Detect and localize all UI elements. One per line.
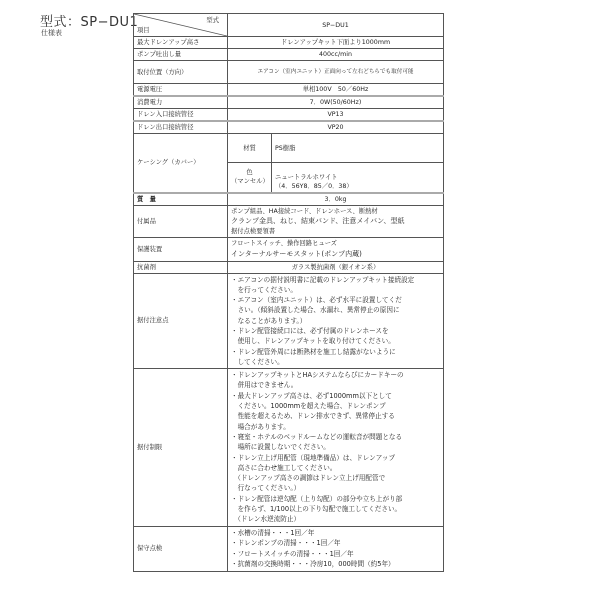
accessories-list: ポンプ組品、HA接続コード、ドレンホース、断熱材 クランプ金具、ねじ、結束バンド… — [228, 205, 444, 237]
install-notes-list: ・エアコンの据付説明書に記載のドレンアップキット接続設定 を行ってください。 ・… — [228, 273, 444, 369]
color-label: 色 — [231, 168, 268, 177]
list-item: クランプ金具、ねじ、結束バンド、注意メイバン、型紙 — [231, 216, 440, 227]
table-row: 抗菌剤 ガラス製抗菌剤（銀イオン系） — [134, 261, 444, 273]
list-item: 場所に設置しないでください。 — [231, 442, 440, 452]
table-row: 保守点検 ・水槽の清掃・・・1回／年 ・ドレンポンプの清掃・・・1回／年 ・フロ… — [134, 526, 444, 571]
color-sub-label: （マンセル） — [231, 177, 268, 186]
row-value: VP20 — [228, 121, 444, 134]
list-item: （ドレン水逆流防止） — [231, 514, 440, 524]
list-item: ・水槽の清掃・・・1回／年 — [231, 528, 440, 539]
list-item: 併用はできません。 — [231, 380, 440, 390]
list-item: さい。（傾斜設置した場合、水漏れ、異常停止の原因に — [231, 305, 440, 315]
color-value-munsell: （4．56Y8．85／0．38） — [275, 182, 440, 191]
row-label: 質 量 — [134, 193, 228, 206]
row-label: ポンプ吐出し量 — [134, 49, 228, 61]
list-item: 高さに合わせ施工してください。 — [231, 463, 440, 473]
table-row: 質 量 3．0kg — [134, 193, 444, 206]
row-label: 据付注意点 — [134, 273, 228, 369]
color-label-cell: 色 （マンセル） — [228, 163, 272, 193]
spec-table: 型式 項目 SP−DU1 最大ドレンアップ高さ ドレンアップキット下面より100… — [133, 13, 444, 572]
list-item: 性能を超えるため、ドレン排水できず、異常停止する — [231, 411, 440, 421]
row-label: 電源電圧 — [134, 84, 228, 97]
table-row: 据付制限 ・ドレンアップキットとHAシステムならびにカードキーの 併用はできませ… — [134, 369, 444, 526]
row-label: 消費電力 — [134, 96, 228, 109]
row-value: 3．0kg — [228, 193, 444, 206]
row-value: 単相100V 50／60Hz — [228, 84, 444, 97]
list-item: ・ドレン配管は逆勾配（上り勾配）の部分や立ち上がり部 — [231, 494, 440, 504]
header-type-label: 型式 — [206, 16, 219, 25]
row-value: 7．0W(50/60Hz) — [228, 96, 444, 109]
list-item: ・フロートスイッチの清掃・・・1回／年 — [231, 549, 440, 560]
install-limits-list: ・ドレンアップキットとHAシステムならびにカードキーの 併用はできません。 ・最… — [228, 369, 444, 526]
list-item: を行ってください。 — [231, 285, 440, 295]
row-value: ドレンアップキット下面より1000mm — [228, 37, 444, 49]
maintenance-list: ・水槽の清掃・・・1回／年 ・ドレンポンプの清掃・・・1回／年 ・フロートスイッ… — [228, 526, 444, 571]
list-item: ・ドレンアップキットとHAシステムならびにカードキーの — [231, 370, 440, 380]
table-row: ドレン出口接続管径 VP20 — [134, 121, 444, 134]
table-row: 消費電力 7．0W(50/60Hz) — [134, 96, 444, 109]
table-row: 付属品 ポンプ組品、HA接続コード、ドレンホース、断熱材 クランプ金具、ねじ、結… — [134, 205, 444, 237]
table-row: 据付注意点 ・エアコンの据付説明書に記載のドレンアップキット接続設定 を行ってく… — [134, 273, 444, 369]
table-header-row: 型式 項目 SP−DU1 — [134, 14, 444, 37]
list-item: ・エアコン（室内ユニット）は、必ず水平に設置してくだ — [231, 295, 440, 305]
row-label: 最大ドレンアップ高さ — [134, 37, 228, 49]
header-model: SP−DU1 — [228, 14, 444, 37]
row-label: 抗菌剤 — [134, 261, 228, 273]
material-value: PS樹脂 — [272, 134, 444, 163]
list-item: ・ドレン立上げ用配管（現地準備品）は、ドレンアップ — [231, 453, 440, 463]
list-item: 使用し、ドレンアップキットを取り付けてください。 — [231, 336, 440, 346]
list-item: 据付点検要領書 — [231, 227, 440, 236]
row-value: ガラス製抗菌剤（銀イオン系） — [228, 261, 444, 273]
row-label: 取付位置（方向） — [134, 61, 228, 84]
row-label: ドレン入口接続管径 — [134, 109, 228, 122]
list-item: ・エアコンの据付説明書に記載のドレンアップキット接続設定 — [231, 275, 440, 285]
material-label: 材質 — [228, 134, 272, 163]
table-row: 電源電圧 単相100V 50／60Hz — [134, 84, 444, 97]
table-row: 取付位置（方向） エアコン（室内ユニット）正面向って左右どちらでも取付可能 — [134, 61, 444, 84]
list-item: ・寝室・ホテルのベッドルームなどの運転音が問題となる — [231, 432, 440, 442]
list-item: ・ドレン配管接続口には、必ず付属のドレンホースを — [231, 326, 440, 336]
row-label: 付属品 — [134, 205, 228, 237]
list-item: インターナルサーモスタット(ポンプ内蔵) — [231, 248, 440, 260]
row-value: エアコン（室内ユニット）正面向って左右どちらでも取付可能 — [228, 61, 444, 84]
list-item: フロートスイッチ、操作回路ヒューズ — [231, 239, 440, 248]
list-item: ・最大ドレンアップ高さは、必ず1000mm以下として — [231, 391, 440, 401]
list-item: ・ドレン配管外周には断熱材を施工し結露がないように — [231, 347, 440, 357]
color-value-cell: ニュートラルホワイト （4．56Y8．85／0．38） — [272, 163, 444, 193]
table-row: ドレン入口接続管径 VP13 — [134, 109, 444, 122]
list-item: （ドレンアップ高さの調節はドレン立上げ用配管で — [231, 473, 440, 483]
table-row-casing-material: ケーシング（カバー） 材質 PS樹脂 — [134, 134, 444, 163]
spec-table-subtitle: 仕様表 — [41, 28, 62, 38]
row-label: ケーシング（カバー） — [134, 134, 228, 193]
list-item: 場合があります。 — [231, 422, 440, 432]
row-value: 400cc/min — [228, 49, 444, 61]
list-item: ・ドレンポンプの清掃・・・1回／年 — [231, 538, 440, 549]
list-item: ください。1000mmを超えた場合、ドレンポンプ — [231, 401, 440, 411]
row-label: 保守点検 — [134, 526, 228, 571]
table-row: 保護装置 フロートスイッチ、操作回路ヒューズ インターナルサーモスタット(ポンプ… — [134, 237, 444, 261]
list-item: ポンプ組品、HA接続コード、ドレンホース、断熱材 — [231, 207, 440, 216]
row-label: 保護装置 — [134, 237, 228, 261]
header-item-label: 項目 — [137, 26, 150, 35]
row-label: ドレン出口接続管径 — [134, 121, 228, 134]
table-row: 最大ドレンアップ高さ ドレンアップキット下面より1000mm — [134, 37, 444, 49]
list-item: してください。 — [231, 357, 440, 367]
row-value: VP13 — [228, 109, 444, 122]
list-item: を作らず、1/100以上の下り勾配で施工してください。 — [231, 504, 440, 514]
header-diagonal-cell: 型式 項目 — [134, 14, 228, 37]
protection-list: フロートスイッチ、操作回路ヒューズ インターナルサーモスタット(ポンプ内蔵) — [228, 237, 444, 261]
list-item: なることがあります。） — [231, 316, 440, 326]
table-row: ポンプ吐出し量 400cc/min — [134, 49, 444, 61]
list-item: 行なってください。） — [231, 483, 440, 493]
color-value-name: ニュートラルホワイト — [275, 173, 440, 182]
list-item: ・抗菌剤の交換時期・・・冷房10，000時間（約5年） — [231, 559, 440, 570]
row-label: 据付制限 — [134, 369, 228, 526]
